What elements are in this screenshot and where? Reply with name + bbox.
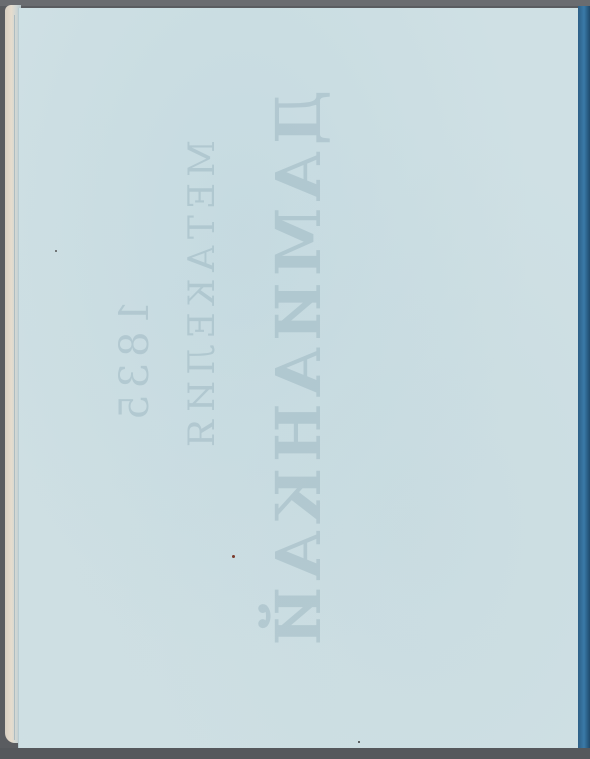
scanner-background-bottom: [0, 748, 590, 759]
blue-cover-edge: [578, 6, 590, 748]
scanned-page: ДАМИАНКАЙ МЕТАКЕЛИЯ 1835: [0, 0, 590, 759]
page-edge-line: [14, 15, 15, 740]
show-through-title: ДАМИАНКАЙ: [262, 90, 335, 651]
show-through-subtitle: МЕТАКЕЛИЯ: [182, 140, 223, 453]
paper-speck: [55, 250, 57, 252]
paper-speck: [358, 741, 360, 743]
scanner-background-top: [0, 0, 590, 6]
show-through-year: 1835: [112, 300, 158, 426]
paper-speck: [232, 555, 235, 558]
